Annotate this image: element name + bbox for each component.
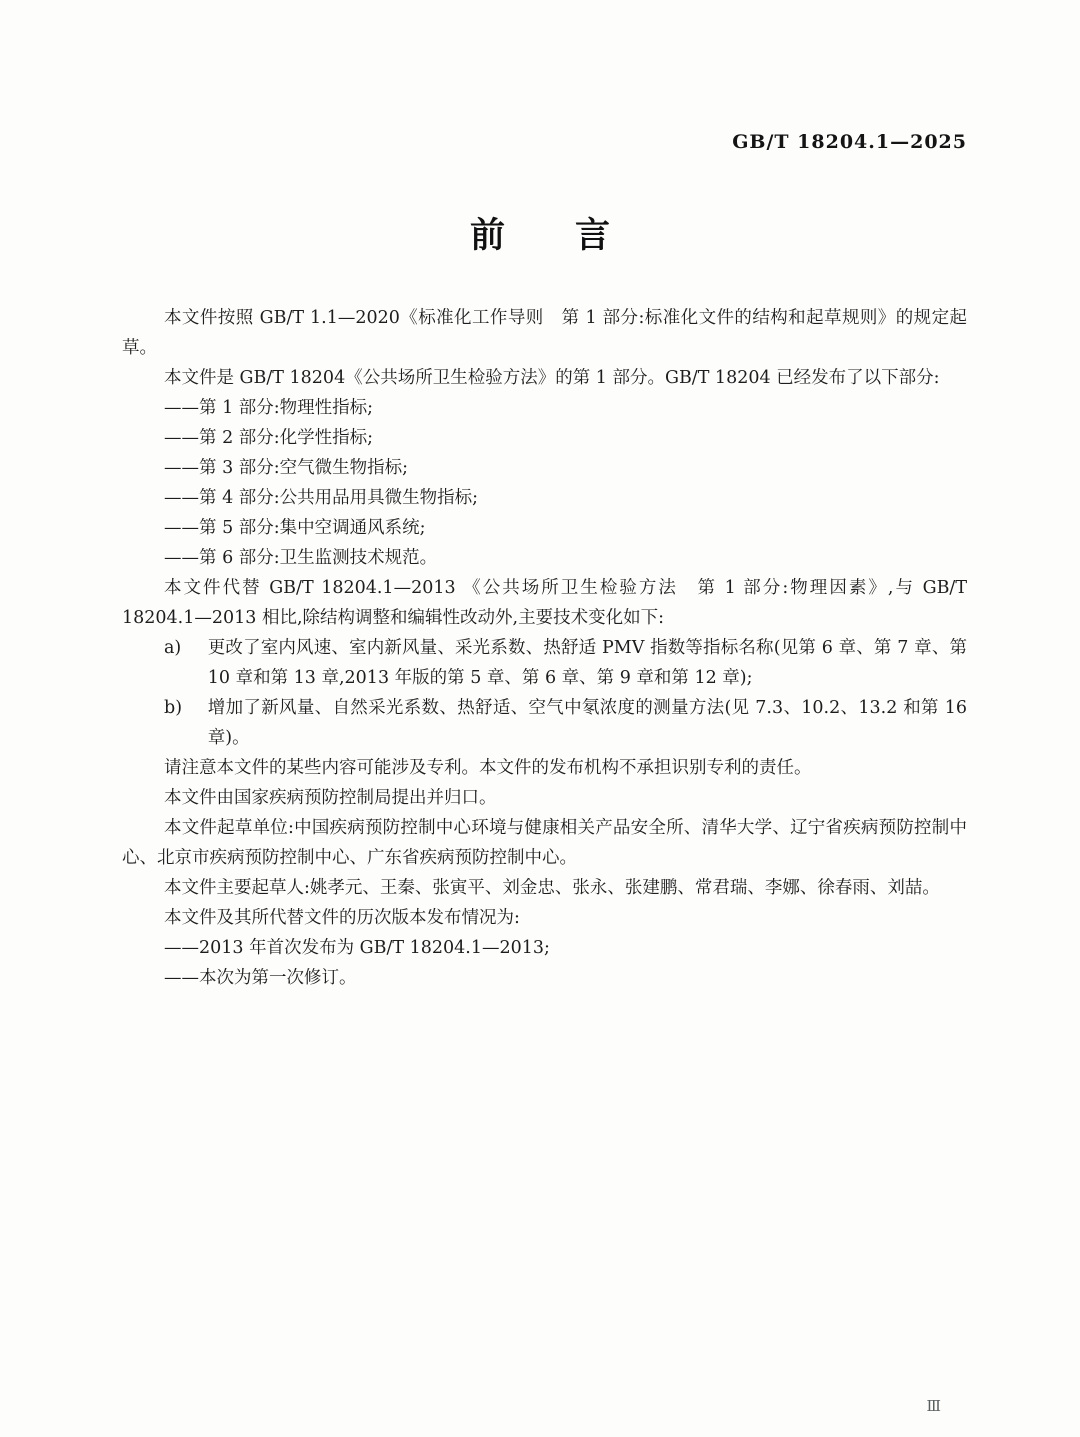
list-item-part-1: ——第 1 部分:物理性指标; xyxy=(122,393,967,423)
list-item-part-4: ——第 4 部分:公共用品用具微生物指标; xyxy=(122,483,967,513)
paragraph-part-intro: 本文件是 GB/T 18204《公共场所卫生检验方法》的第 1 部分。GB/T … xyxy=(122,363,967,393)
list-item-part-6: ——第 6 部分:卫生监测技术规范。 xyxy=(122,543,967,573)
change-item-a-text: 更改了室内风速、室内新风量、采光系数、热舒适 PMV 指数等指标名称(见第 6 … xyxy=(208,633,967,693)
paragraph-issuer: 本文件由国家疾病预防控制局提出并归口。 xyxy=(122,783,967,813)
change-item-a: a) 更改了室内风速、室内新风量、采光系数、热舒适 PMV 指数等指标名称(见第… xyxy=(122,633,967,693)
paragraph-replacement: 本文件代替 GB/T 18204.1—2013 《公共场所卫生检验方法 第 1 … xyxy=(122,573,967,633)
list-item-part-2: ——第 2 部分:化学性指标; xyxy=(122,423,967,453)
document-page: GB/T 18204.1—2025 前 言 本文件按照 GB/T 1.1—202… xyxy=(0,0,1080,1437)
doc-code: GB/T 18204.1—2025 xyxy=(732,131,967,153)
change-item-b-label: b) xyxy=(164,693,208,753)
paragraph-history-intro: 本文件及其所代替文件的历次版本发布情况为: xyxy=(122,903,967,933)
paragraph-drafters: 本文件主要起草人:姚孝元、王秦、张寅平、刘金忠、张永、张建鹏、常君瑞、李娜、徐春… xyxy=(122,873,967,903)
list-item-part-3: ——第 3 部分:空气微生物指标; xyxy=(122,453,967,483)
page-number: Ⅲ xyxy=(927,1397,942,1415)
change-item-b: b) 增加了新风量、自然采光系数、热舒适、空气中氡浓度的测量方法(见 7.3、1… xyxy=(122,693,967,753)
page-title: 前 言 xyxy=(0,208,1080,258)
list-item-part-5: ——第 5 部分:集中空调通风系统; xyxy=(122,513,967,543)
list-item-history-2: ——本次为第一次修订。 xyxy=(122,963,967,993)
list-item-history-1: ——2013 年首次发布为 GB/T 18204.1—2013; xyxy=(122,933,967,963)
change-item-b-text: 增加了新风量、自然采光系数、热舒适、空气中氡浓度的测量方法(见 7.3、10.2… xyxy=(208,693,967,753)
foreword-body: 本文件按照 GB/T 1.1—2020《标准化工作导则 第 1 部分:标准化文件… xyxy=(122,303,967,993)
paragraph-patent-note: 请注意本文件的某些内容可能涉及专利。本文件的发布机构不承担识别专利的责任。 xyxy=(122,753,967,783)
change-item-a-label: a) xyxy=(164,633,208,693)
paragraph-drafting-orgs: 本文件起草单位:中国疾病预防控制中心环境与健康相关产品安全所、清华大学、辽宁省疾… xyxy=(122,813,967,873)
paragraph-drafting-rules: 本文件按照 GB/T 1.1—2020《标准化工作导则 第 1 部分:标准化文件… xyxy=(122,303,967,363)
